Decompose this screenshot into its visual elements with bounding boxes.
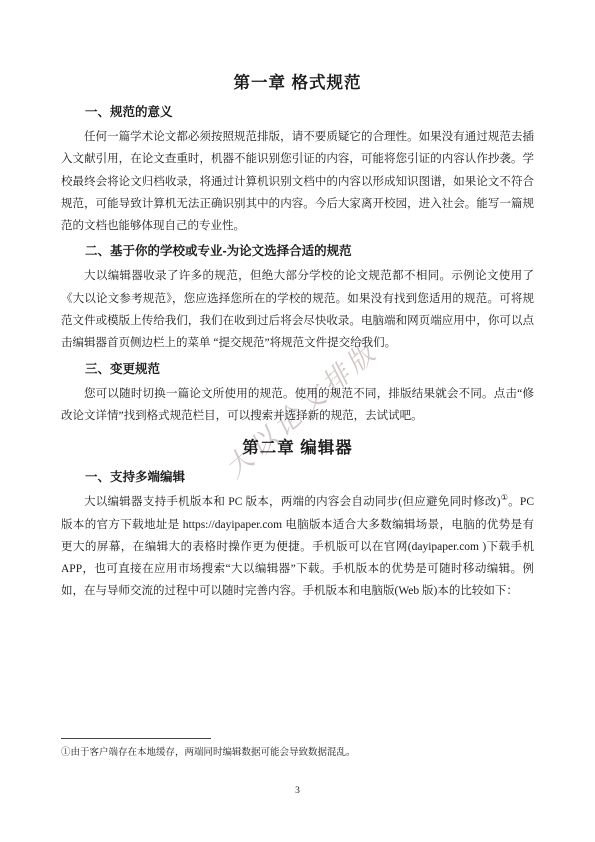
chapter2-section1-paragraph: 大以编辑器支持手机版本和 PC 版本，两端的内容会自动同步(但应避免同时修改)①… <box>61 491 534 602</box>
paragraph-text-after-footnote-ref: 。PC 版本的官方下载地址是 https://dayipaper.com 电脑版… <box>61 496 534 597</box>
page-number: 3 <box>0 786 595 796</box>
footnote-block: ①由于客户端存在本地缓存，两端同时编辑数据可能会导致数据混乱。 <box>61 738 534 760</box>
chapter1-section1-heading: 一、规范的意义 <box>61 104 534 121</box>
chapter1-section1-paragraph: 任何一篇学术论文都必须按照规范排版，请不要质疑它的合理性。如果没有通过规范去插入… <box>61 126 534 237</box>
chapter2-section1-heading: 一、支持多端编辑 <box>61 469 534 486</box>
footnote-text: ①由于客户端存在本地缓存，两端同时编辑数据可能会导致数据混乱。 <box>61 746 534 760</box>
paragraph-text-before-footnote-ref: 大以编辑器支持手机版本和 PC 版本，两端的内容会自动同步(但应避免同时修改) <box>84 496 500 508</box>
chapter1-title: 第一章 格式规范 <box>61 72 534 94</box>
footnote-reference-superscript: ① <box>500 493 508 502</box>
chapter1-section2-heading: 二、基于你的学校或专业-为论文选择合适的规范 <box>61 243 534 260</box>
footnote-separator-line <box>61 738 211 739</box>
chapter1-section3-heading: 三、变更规范 <box>61 361 534 378</box>
chapter2-title: 第二章 编辑器 <box>61 437 534 459</box>
chapter1-section2-paragraph: 大以编辑器收录了许多的规范，但绝大部分学校的论文规范都不相同。示例论文使用了《大… <box>61 265 534 354</box>
document-page: 大以论文排版 第一章 格式规范 一、规范的意义 任何一篇学术论文都必须按照规范排… <box>0 0 595 842</box>
chapter1-section3-paragraph: 您可以随时切换一篇论文所使用的规范。使用的规范不同，排版结果就会不同。点击“修改… <box>61 383 534 428</box>
page-content: 第一章 格式规范 一、规范的意义 任何一篇学术论文都必须按照规范排版，请不要质疑… <box>61 72 534 603</box>
